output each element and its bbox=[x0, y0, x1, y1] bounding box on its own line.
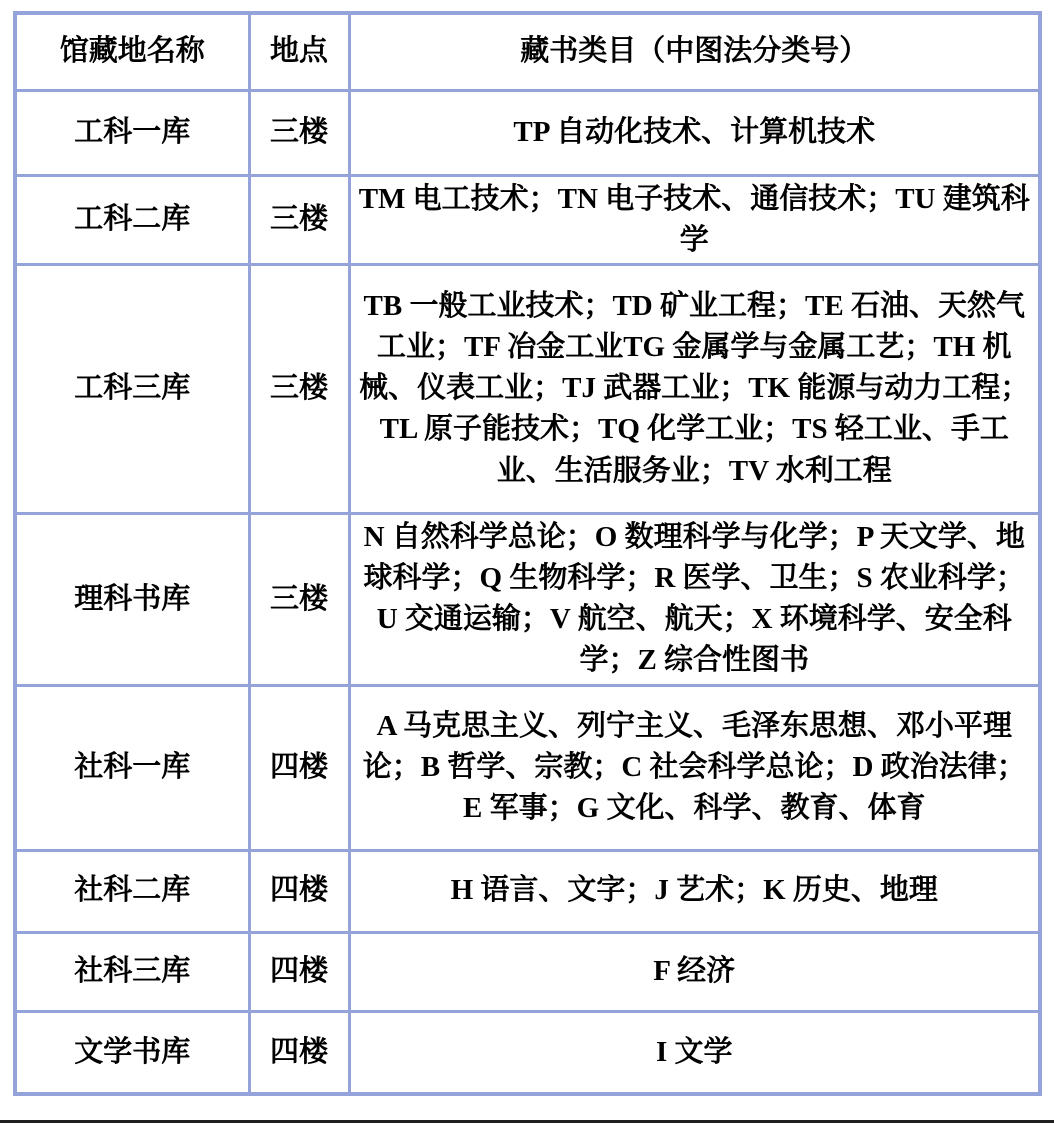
floor-cell: 三楼 bbox=[249, 90, 349, 175]
stack-name-cell: 文学书库 bbox=[15, 1011, 249, 1094]
categories-cell: TB 一般工业技术；TD 矿业工程；TE 石油、天然气工业；TF 冶金工业TG … bbox=[349, 264, 1040, 513]
categories-cell: A 马克思主义、列宁主义、毛泽东思想、邓小平理论；B 哲学、宗教；C 社会科学总… bbox=[349, 685, 1040, 850]
floor-cell: 四楼 bbox=[249, 932, 349, 1011]
stack-name-cell: 工科三库 bbox=[15, 264, 249, 513]
stack-name-cell: 社科一库 bbox=[15, 685, 249, 850]
floor-cell: 四楼 bbox=[249, 685, 349, 850]
table-row: 社科三库 四楼 F 经济 bbox=[15, 932, 1040, 1011]
table-row: 文学书库 四楼 I 文学 bbox=[15, 1011, 1040, 1094]
header-row: 馆藏地名称 地点 藏书类目（中图法分类号） bbox=[15, 13, 1040, 90]
stack-name-cell: 工科一库 bbox=[15, 90, 249, 175]
categories-cell: F 经济 bbox=[349, 932, 1040, 1011]
col-header-floor: 地点 bbox=[249, 13, 349, 90]
floor-cell: 三楼 bbox=[249, 175, 349, 264]
stack-name-cell: 社科二库 bbox=[15, 850, 249, 932]
stack-name-cell: 社科三库 bbox=[15, 932, 249, 1011]
categories-cell: TM 电工技术；TN 电子技术、通信技术；TU 建筑科学 bbox=[349, 175, 1040, 264]
table-row: 工科一库 三楼 TP 自动化技术、计算机技术 bbox=[15, 90, 1040, 175]
col-header-categories: 藏书类目（中图法分类号） bbox=[349, 13, 1040, 90]
table-row: 工科二库 三楼 TM 电工技术；TN 电子技术、通信技术；TU 建筑科学 bbox=[15, 175, 1040, 264]
floor-cell: 三楼 bbox=[249, 264, 349, 513]
table-row: 社科一库 四楼 A 马克思主义、列宁主义、毛泽东思想、邓小平理论；B 哲学、宗教… bbox=[15, 685, 1040, 850]
stack-name-cell: 工科二库 bbox=[15, 175, 249, 264]
floor-cell: 四楼 bbox=[249, 1011, 349, 1094]
library-holdings-table: 馆藏地名称 地点 藏书类目（中图法分类号） 工科一库 三楼 TP 自动化技术、计… bbox=[13, 11, 1042, 1096]
table-row: 工科三库 三楼 TB 一般工业技术；TD 矿业工程；TE 石油、天然气工业；TF… bbox=[15, 264, 1040, 513]
stack-name-cell: 理科书库 bbox=[15, 513, 249, 685]
categories-cell: N 自然科学总论；O 数理科学与化学；P 天文学、地球科学；Q 生物科学；R 医… bbox=[349, 513, 1040, 685]
categories-cell: TP 自动化技术、计算机技术 bbox=[349, 90, 1040, 175]
table-row: 理科书库 三楼 N 自然科学总论；O 数理科学与化学；P 天文学、地球科学；Q … bbox=[15, 513, 1040, 685]
table-body: 工科一库 三楼 TP 自动化技术、计算机技术 工科二库 三楼 TM 电工技术；T… bbox=[15, 90, 1040, 1094]
floor-cell: 四楼 bbox=[249, 850, 349, 932]
bottom-divider-line bbox=[0, 1120, 1054, 1123]
floor-cell: 三楼 bbox=[249, 513, 349, 685]
table-row: 社科二库 四楼 H 语言、文字；J 艺术；K 历史、地理 bbox=[15, 850, 1040, 932]
col-header-location-name: 馆藏地名称 bbox=[15, 13, 249, 90]
categories-cell: I 文学 bbox=[349, 1011, 1040, 1094]
categories-cell: H 语言、文字；J 艺术；K 历史、地理 bbox=[349, 850, 1040, 932]
